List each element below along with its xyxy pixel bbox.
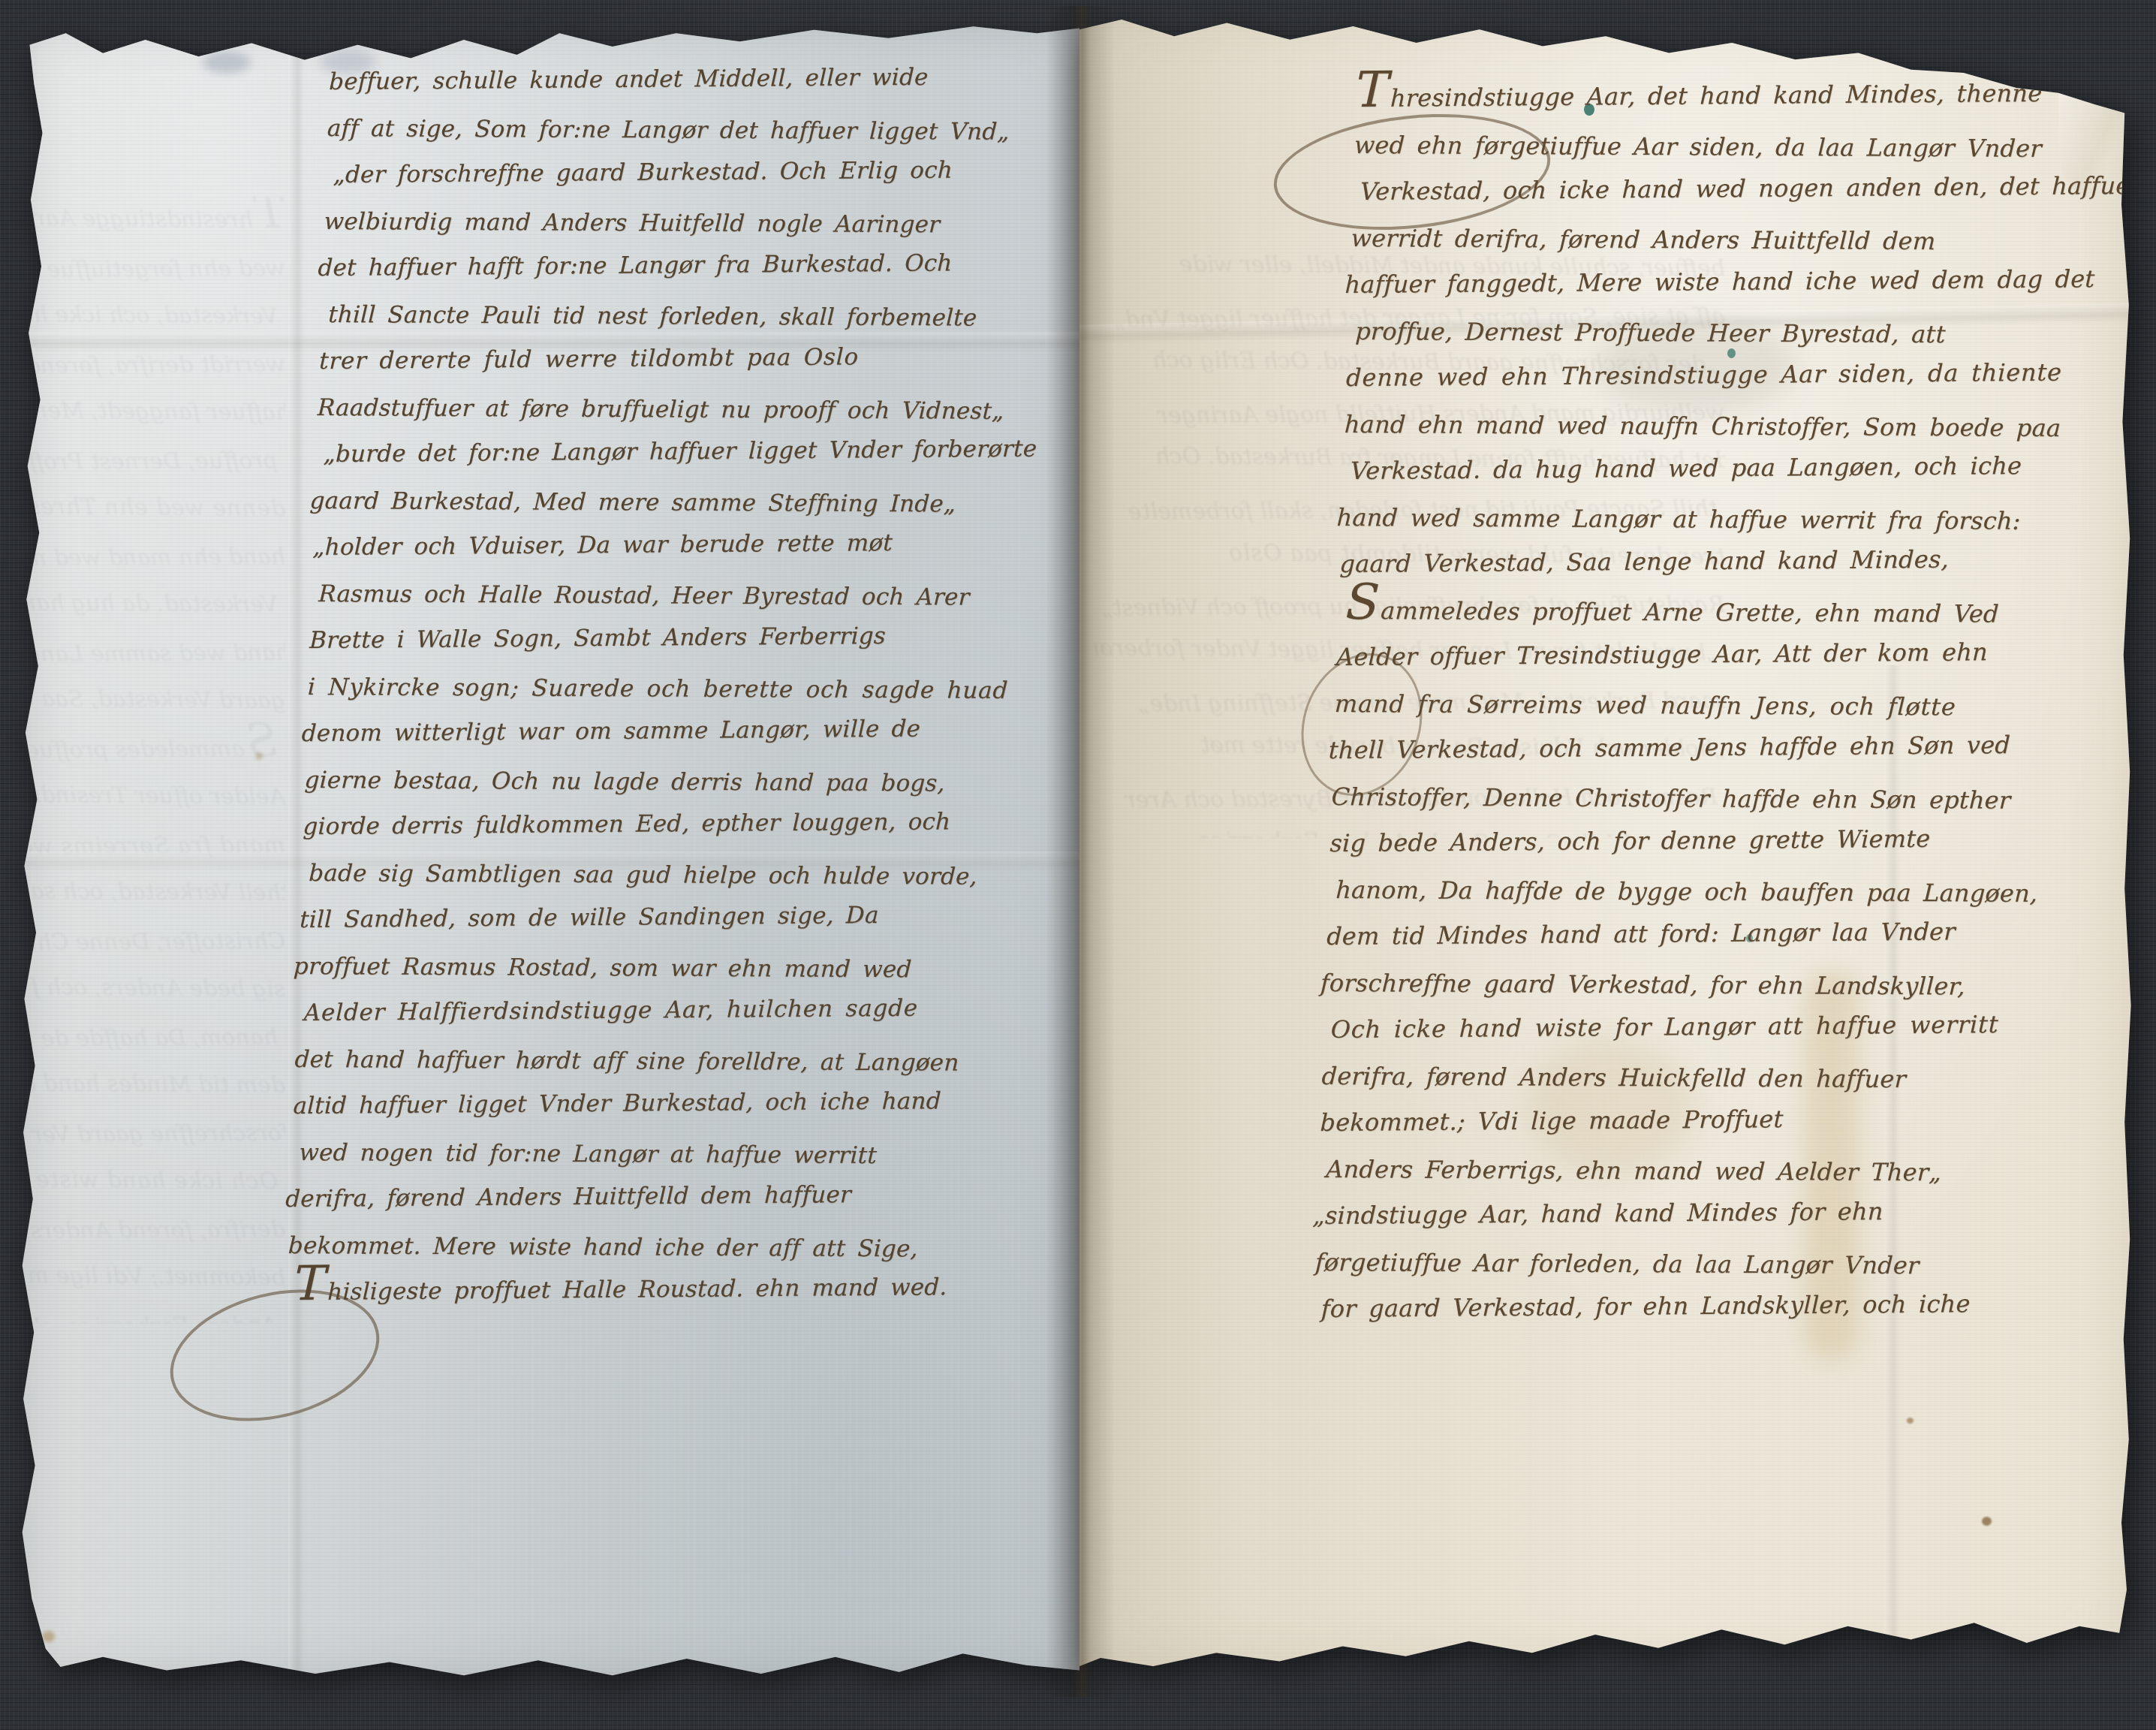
manuscript-text-line: Verkestad. da hug hand wed paa Langøen, … <box>30 579 278 629</box>
manuscript-text-line: beffuer, schulle kunde andet Middell, el… <box>328 53 1110 105</box>
manuscript-text-line: Aelder offuer Tresindstiugge Aar, Att de… <box>30 771 285 821</box>
manuscript-text-line: Aelder Halffierdsindstiugge Aar, huilche… <box>303 984 1078 1036</box>
right-page-text: Thresindstiugge Aar, det hand kand Minde… <box>1313 75 2130 1332</box>
left-page-text: beffuer, schulle kunde andet Middell, el… <box>286 59 1110 1316</box>
ink-blot <box>1907 1418 1914 1424</box>
manuscript-text-line: bekommet.; Vdi lige maade Proffuet <box>30 1252 285 1302</box>
manuscript-text-line: hand ehn mand wed nauffn Christoffer, So… <box>30 533 285 583</box>
manuscript-text-line: sig bede Anders, och for denne grette Wi… <box>30 963 285 1014</box>
left-manuscript-page: Thresindstiugge Aar, det hand kand Minde… <box>18 17 1080 1682</box>
manuscript-text-line: Sammeledes proffuet Arne Grette, ehn man… <box>30 725 278 775</box>
manuscript-text-line: Verkestad. da hug hand wed paa Langøen, … <box>1350 442 2117 494</box>
manuscript-text-line: thell Verkestad, och samme Jens haffde e… <box>30 867 285 918</box>
manuscript-text-line: „sindstiugge Aar, hand kand Mindes for e… <box>1311 1186 2091 1239</box>
manuscript-text-line: Och icke hand wiste for Langør att haffu… <box>1330 1000 2097 1053</box>
manuscript-text-line: mand fra Sørreims wed nauffn Jens, och f… <box>30 821 285 871</box>
manuscript-text-line: giorde derris fuldkommen Eed, epther lou… <box>303 797 1085 850</box>
manuscript-text-line: forschreffne gaard Verkestad, for ehn La… <box>30 1110 285 1159</box>
manuscript-text-line: haffuer fanggedt, Mere wiste hand iche w… <box>30 387 285 437</box>
manuscript-text-line: „holder och Vduiser, Da war berude rette… <box>312 518 1095 571</box>
manuscript-text-line: proffue, Dernest Proffuede Heer Byrestad… <box>30 437 278 487</box>
manuscript-photograph: Thresindstiugge Aar, det hand kand Minde… <box>0 0 2156 1730</box>
manuscript-text-line: trer dererte fuld werre tildombt paa Osl… <box>318 332 1101 384</box>
manuscript-text-line: „der forschreffne gaard Burkestad. Och E… <box>333 146 1107 198</box>
manuscript-text-line: Verkestad, och icke hand wed nogen anden… <box>1360 162 2127 215</box>
manuscript-text-line: for gaard Verkestad, for ehn Landskyller… <box>1320 1279 2088 1332</box>
manuscript-text-line: hanom, Da haffde de bygge och bauffen pa… <box>30 1014 278 1063</box>
manuscript-text-line: Christoffer, Denne Christoffer haffde eh… <box>30 918 285 967</box>
manuscript-text-line: Och icke hand wiste for Langør att haffu… <box>30 1156 278 1206</box>
ink-blot <box>1982 1517 1992 1526</box>
right-manuscript-page: beffuer, schulle kunde andet Middell, el… <box>1080 5 2132 1673</box>
manuscript-text-line: sig bede Anders, och for denne grette Wi… <box>1329 814 2104 867</box>
manuscript-text-line: bekommet.; Vdi lige maade Proffuet <box>1320 1093 2094 1146</box>
manuscript-text-line: hand wed samme Langør at haffue werrit f… <box>30 629 285 679</box>
manuscript-text-line: Verkestad, och icke hand wed nogen anden… <box>30 291 278 341</box>
manuscript-text-line: Thisligeste proffuet Halle Roustad. ehn … <box>294 1263 1068 1316</box>
manuscript-text-line: det haffuer hafft for:ne Langør fra Burk… <box>318 239 1104 291</box>
right-page-wrap: beffuer, schulle kunde andet Middell, el… <box>1080 5 2132 1673</box>
manuscript-text-line: haffuer fanggedt, Mere wiste hand iche w… <box>1344 255 2124 308</box>
manuscript-text-line: denne wed ehn Thresindstiugge Aar siden,… <box>1345 348 2120 401</box>
ink-smudge <box>203 51 251 74</box>
manuscript-text-line: denne wed ehn Thresindstiugge Aar siden,… <box>30 483 285 533</box>
left-page-wrap: Thresindstiugge Aar, det hand kand Minde… <box>18 17 1080 1682</box>
manuscript-text-line: gaard Verkestad, Saa lenge hand kand Min… <box>1339 535 2114 587</box>
manuscript-text-line: Brette i Walle Sogn, Sambt Anders Ferber… <box>309 611 1091 664</box>
manuscript-text-line: denom witterligt war om samme Langør, wi… <box>301 704 1088 757</box>
manuscript-text-line: altid haffuer ligget Vnder Burkestad, oc… <box>293 1077 1075 1129</box>
manuscript-text-line: wed ehn førgetiuffue Aar siden, da laa L… <box>30 245 285 294</box>
ink-showthrough-left: Thresindstiugge Aar, det hand kand Minde… <box>30 197 285 1323</box>
manuscript-text-line: Thresindstiugge Aar, det hand kand Minde… <box>30 197 285 245</box>
manuscript-text-line: derifra, førend Anders Huickfelld den ha… <box>30 1206 285 1255</box>
manuscript-text-line: derifra, førend Anders Huittfelld dem ha… <box>285 1170 1071 1222</box>
manuscript-text-line: till Sandhed, som de wille Sandingen sig… <box>299 891 1081 943</box>
manuscript-text-line: thell Verkestad, och samme Jens haffde e… <box>1328 721 2107 773</box>
manuscript-text-line: Thresindstiugge Aar, det hand kand Minde… <box>1355 69 2130 122</box>
paper-stain <box>42 1631 55 1642</box>
manuscript-text-line: dem tid Mindes hand att ford: Langør laa… <box>1326 907 2100 960</box>
manuscript-text-line: dem tid Mindes hand att ford: Langør laa… <box>30 1059 285 1110</box>
manuscript-text-line: werridt derifra, førend Anders Huittfell… <box>30 341 285 390</box>
manuscript-text-line: Aelder offuer Tresindstiugge Aar, Att de… <box>1335 628 2110 680</box>
manuscript-text-line: „burde det for:ne Langør haffuer ligget … <box>323 425 1098 478</box>
